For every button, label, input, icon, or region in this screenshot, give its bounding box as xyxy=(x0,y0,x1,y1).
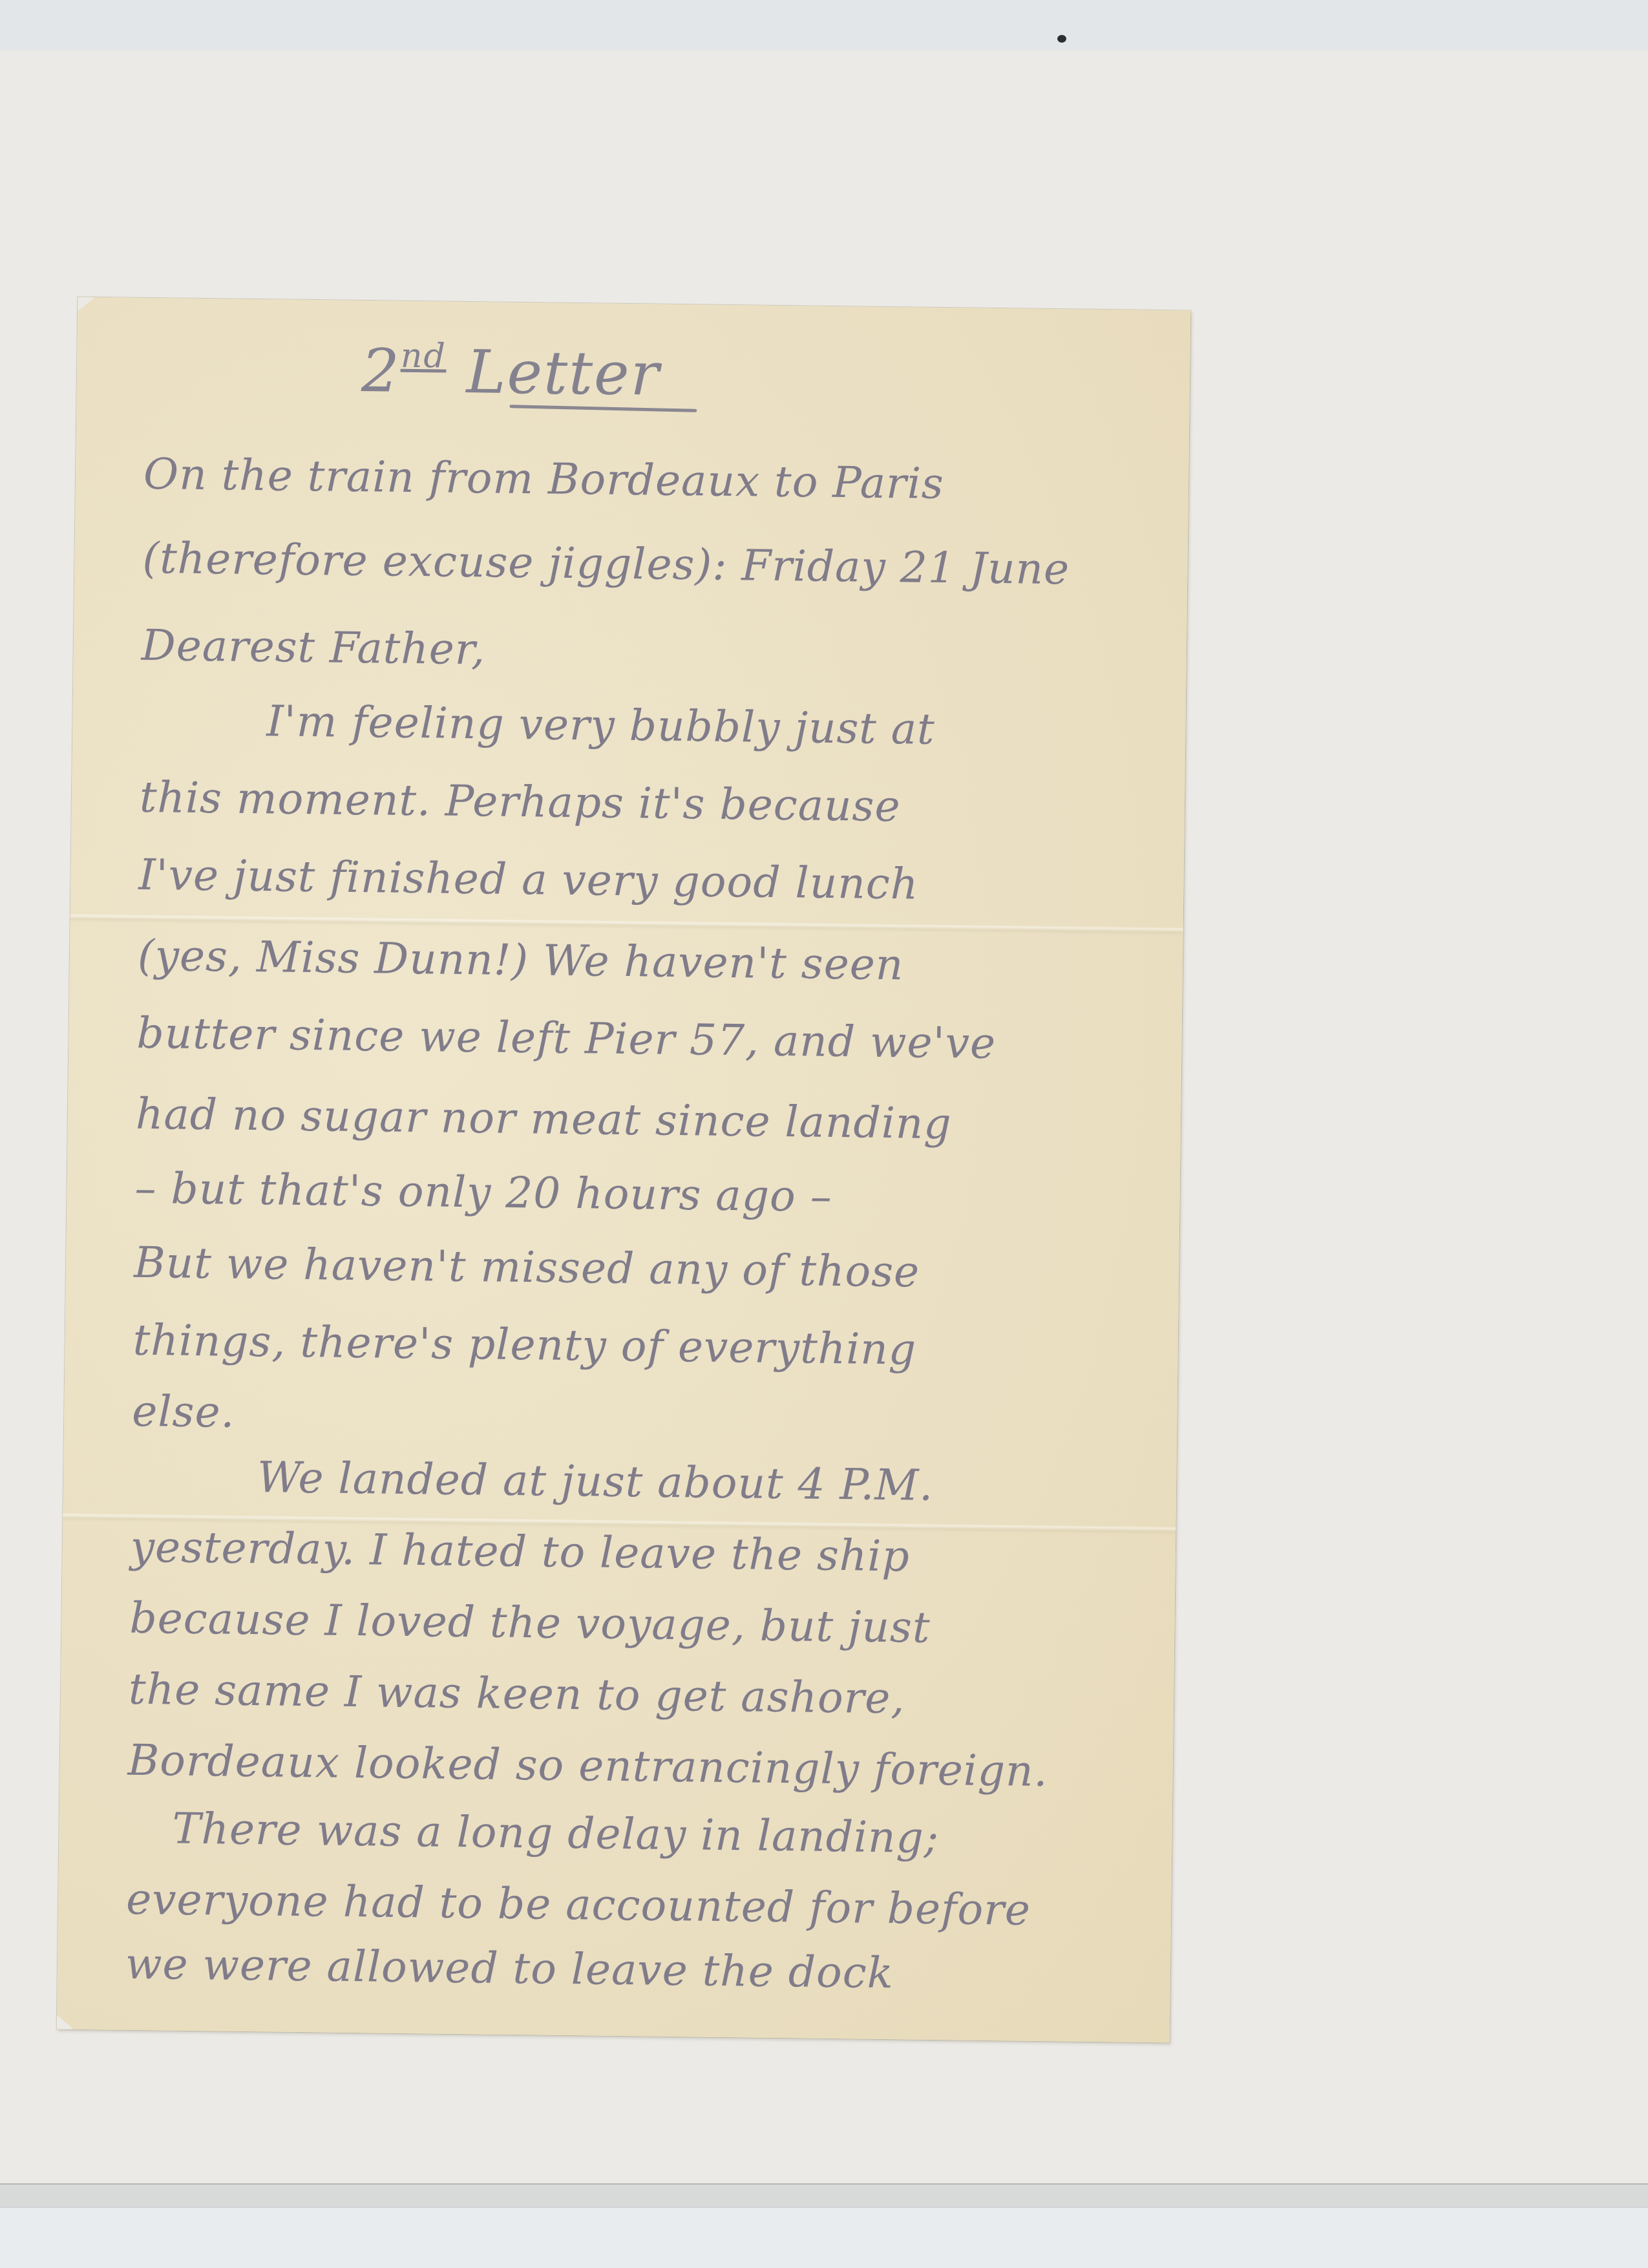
letter-line: else. xyxy=(132,1390,1167,1446)
letter-line: had no sugar nor meat since landing xyxy=(136,1093,1170,1149)
heading-word: Letter xyxy=(446,337,660,409)
letter-heading: 2nd Letter xyxy=(361,336,660,409)
scanner-top-strip xyxy=(0,0,1648,51)
letter-line: On the train from Bordeaux to Paris xyxy=(143,453,1178,509)
letter-line: we were allowed to leave the dock xyxy=(125,1943,1160,1998)
letter-line: Bordeaux looked so entrancingly foreign. xyxy=(127,1739,1162,1795)
scanner-bed xyxy=(0,2207,1648,2268)
letter-line: (therefore excuse jiggles): Friday 21 Ju… xyxy=(142,537,1177,593)
letter-page: 2nd Letter On the train from Bordeaux to… xyxy=(57,297,1191,2043)
letter-line: because I loved the voyage, but just xyxy=(129,1597,1164,1653)
letter-line: I've just finished a very good lunch xyxy=(138,854,1173,909)
handwritten-letter: 2nd Letter On the train from Bordeaux to… xyxy=(57,297,1191,2043)
letter-line: I'm feeling very bubbly just at xyxy=(266,700,1301,756)
letter-line: yesterday. I hated to leave the ship xyxy=(130,1526,1165,1582)
letter-line: everyone had to be accounted for before xyxy=(126,1878,1161,1934)
letter-line: But we haven't missed any of those xyxy=(134,1242,1168,1297)
heading-number: 2 xyxy=(361,336,401,406)
dust-speck xyxy=(1057,35,1066,43)
letter-line: this moment. Perhaps it's because xyxy=(140,776,1174,832)
scanner-bottom-strip xyxy=(0,2183,1648,2208)
heading-ordinal: nd xyxy=(401,337,447,376)
letter-line: butter since we left Pier 57, and we've xyxy=(136,1012,1171,1068)
letter-line: There was a long delay in landing; xyxy=(172,1808,1207,1863)
letter-line: – but that's only 20 hours ago – xyxy=(134,1167,1169,1223)
letter-line: (yes, Miss Dunn!) We haven't seen xyxy=(138,935,1172,990)
letter-line: things, there's plenty of everything xyxy=(132,1319,1167,1375)
letter-salutation: Dearest Father, xyxy=(141,624,1176,680)
letter-line: We landed at just about 4 P.M. xyxy=(257,1456,1292,1512)
letter-line: the same I was keen to get ashore, xyxy=(129,1668,1163,1724)
